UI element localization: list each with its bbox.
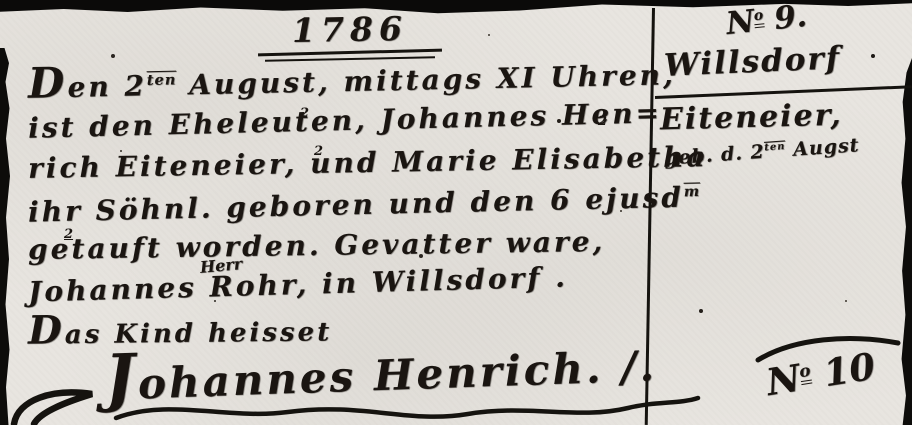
margin-place-name: Willsdorf [663,40,841,84]
margin-entry-number-digits: 9. [762,0,809,38]
margin-entry-number: No 9. [724,0,808,42]
u-bow-mark-1: 2 [300,106,309,121]
superscript-m: m [684,183,701,200]
entry-line-2: ist den Eheleuten, Johannes Hen= [28,96,663,144]
ink-specks [0,0,2,2]
signature-flourish [108,392,708,425]
margin-birth-note-month: Augst [785,134,860,161]
margin-surname: Eiteneier, [660,98,844,138]
entry-line-4-text: ihr Söhnl. geboren und den 6 ejusd [28,181,685,229]
margin-superscript-ten: ten [764,141,786,153]
entry-line-3: rich Eiteneier, und Marie Elisabetha [28,140,708,185]
entry-line-7: Das Kind heisset [28,314,332,350]
register-page: 1786 Den 2ten August, mittags XI Uhren, … [0,0,912,425]
u-bow-mark-4: 2 [598,114,607,129]
entry-line-1-rest: August, mittags XI Uhren, [176,58,676,101]
entry-line-4: ihr Söhnl. geboren und den 6 ejusdm [28,180,701,228]
scan-edge-right [901,58,912,425]
next-entry-flourish [0,386,120,425]
u-bow-mark-3: 2 [64,227,73,242]
u-bow-mark-2: 2 [314,144,323,159]
margin-entry-number-n: N [724,3,756,42]
scan-edge-left [0,48,10,425]
superscript-ten: ten [147,71,177,89]
entry-line-6: Johannes Rohr, in Willsdorf . [28,260,569,308]
year-heading: 1786 [255,8,446,50]
margin-number-swash [752,330,907,364]
entry-line-5: getauft worden. Gevatter ware, [28,225,606,266]
margin-section-rule [655,85,912,99]
inserted-word-above-line: Herr [199,254,243,277]
entry-line-1-text: Den 2 [28,69,147,104]
